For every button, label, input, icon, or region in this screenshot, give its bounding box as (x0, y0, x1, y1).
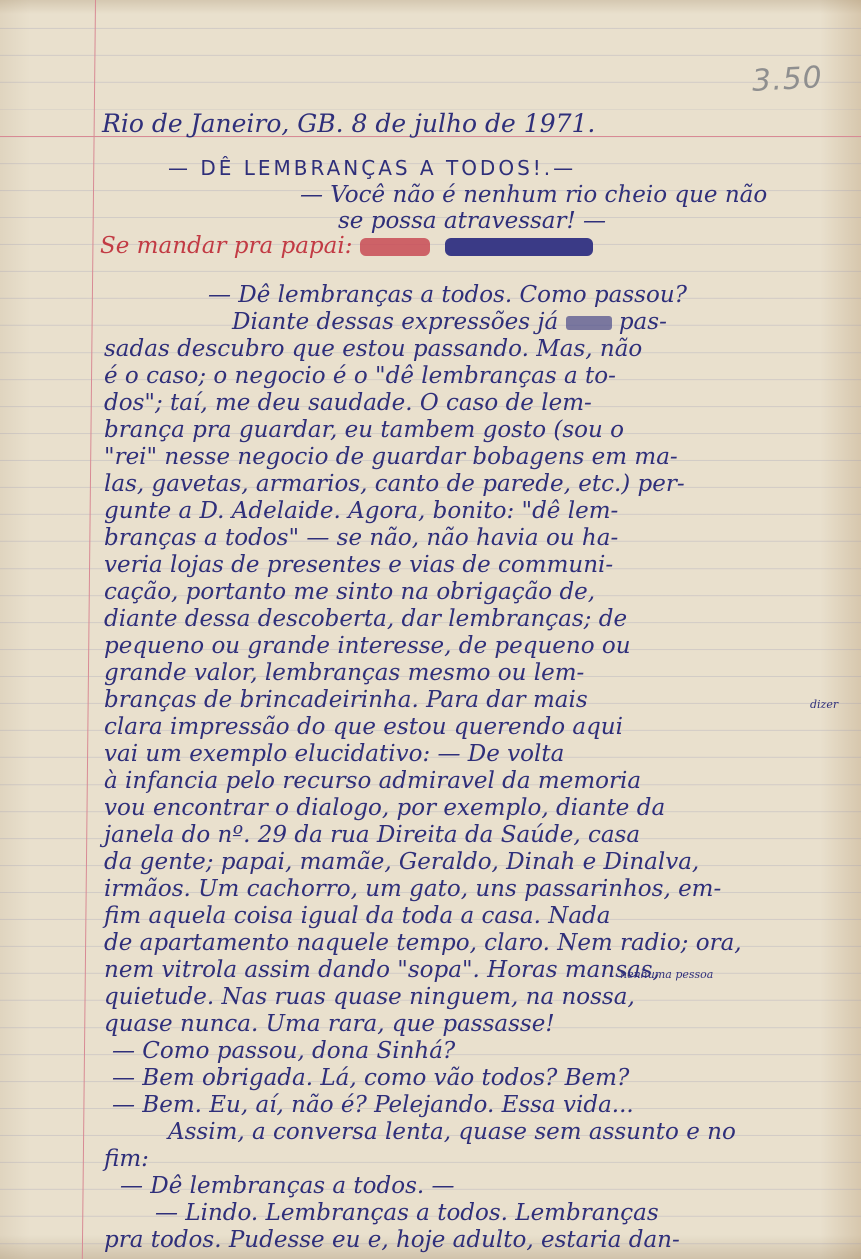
epigraph-3: se possa atravessar! — (338, 208, 606, 235)
text-line-2-main: Diante dessas expressões já (232, 309, 558, 335)
text-line-12: cação, portanto me sinto na obrigação de… (104, 579, 595, 606)
notebook-page: 3.50 Rio de Janeiro, GB. 8 de julho de 1… (0, 0, 861, 1259)
text-line-13: diante dessa descoberta, dar lembranças;… (104, 606, 627, 633)
text-line-26: nem vitrola assim dando "sopa". Horas ma… (104, 957, 660, 984)
text-line-7: "rei" nesse negocio de guardar bobagens … (104, 444, 678, 471)
red-note-line: Se mandar pra papai: (100, 233, 593, 260)
text-line-3: sadas descubro que estou passando. Mas, … (104, 336, 642, 363)
text-line-19: à infancia pelo recurso admiravel da mem… (104, 768, 641, 795)
crossed-out-red (360, 238, 430, 256)
epigraph-1: — DÊ LEMBRANÇAS A TODOS!.— (168, 155, 576, 182)
text-line-33: fim: (104, 1146, 149, 1173)
text-line-28: quase nunca. Uma rara, que passasse! (104, 1011, 555, 1038)
text-line-24: fim aquela coisa igual da toda a casa. N… (104, 903, 611, 930)
text-line-35: — Lindo. Lembranças a todos. Lembranças (155, 1200, 659, 1227)
text-line-22: da gente; papai, mamãe, Geraldo, Dinah e… (104, 849, 699, 876)
text-line-20: vou encontrar o dialogo, por exemplo, di… (104, 795, 665, 822)
text-line-32: Assim, a conversa lenta, quase sem assun… (168, 1119, 736, 1146)
text-line-11: veria lojas de presentes e vias de commu… (104, 552, 613, 579)
text-line-6: brança pra guardar, eu tambem gosto (sou… (104, 417, 624, 444)
text-line-29: — Como passou, dona Sinhá? (112, 1038, 455, 1065)
text-line-25: de apartamento naquele tempo, claro. Nem… (104, 930, 742, 957)
text-line-17: clara impressão do que estou querendo aq… (104, 714, 623, 741)
epigraph-2: — Você não é nenhum rio cheio que não (300, 182, 767, 209)
text-line-15: grande valor, lembranças mesmo ou lem- (104, 660, 584, 687)
text-line-4: é o caso; o negocio é o "dê lembranças a… (104, 363, 616, 390)
text-line-14: pequeno ou grande interesse, de pequeno … (104, 633, 631, 660)
heading: Rio de Janeiro, GB. 8 de julho de 1971. (102, 110, 595, 137)
text-line-34: — Dê lembranças a todos. — (120, 1173, 455, 1200)
text-line-36: pra todos. Pudesse eu e, hoje adulto, es… (104, 1227, 680, 1254)
crossed-out-blue (445, 238, 593, 256)
price-mark: 3.50 (751, 60, 824, 99)
text-line-18: vai um exemplo elucidativo: — De volta (104, 741, 564, 768)
red-note: Se mandar pra papai: (100, 233, 352, 259)
text-line-2: Diante dessas expressões já pas- (232, 309, 667, 336)
insertion-nenhuma-pessoa: nenhuma pessoa (620, 968, 713, 981)
text-line-21: janela do nº. 29 da rua Direita da Saúde… (104, 822, 640, 849)
insertion-dizer: dizer (810, 698, 838, 711)
text-line-10: branças a todos" — se não, não havia ou … (104, 525, 618, 552)
text-line-27: quietude. Nas ruas quase ninguem, na nos… (104, 984, 635, 1011)
strike-mark (566, 316, 612, 330)
text-line-30: — Bem obrigada. Lá, como vão todos? Bem? (112, 1065, 629, 1092)
text-line-31: — Bem. Eu, aí, não é? Pelejando. Essa vi… (112, 1092, 634, 1119)
text-line-1: — Dê lembranças a todos. Como passou? (208, 282, 687, 309)
text-line-8: las, gavetas, armarios, canto de parede,… (104, 471, 685, 498)
text-line-9: gunte a D. Adelaide. Agora, bonito: "dê … (104, 498, 618, 525)
text-line-23: irmãos. Um cachorro, um gato, uns passar… (104, 876, 721, 903)
text-line-5: dos"; taí, me deu saudade. O caso de lem… (104, 390, 592, 417)
text-line-2-tail: pas- (619, 309, 667, 335)
text-line-16: branças de brincadeirinha. Para dar mais (104, 687, 588, 714)
